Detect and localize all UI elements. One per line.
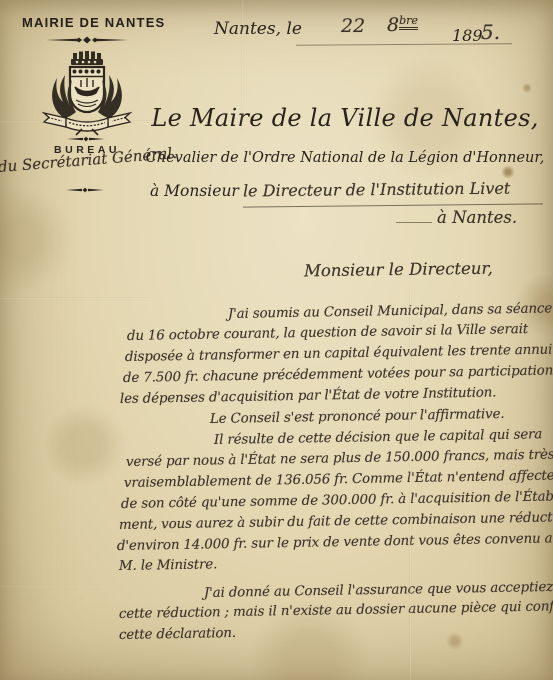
- swelled-rule-ornament: [46, 36, 128, 44]
- body-line: disposée à transformer en un capital équ…: [125, 342, 553, 365]
- body-line: d'environ 14.000 fr. sur le prix de vent…: [117, 531, 553, 554]
- recipient-underline: [243, 203, 543, 207]
- date-day-handwritten: 22: [341, 15, 365, 37]
- recipient-city: à Nantes.: [437, 208, 517, 227]
- letterhead-title: MAIRIE DE NANTES: [22, 15, 154, 30]
- horizontal-fold-crease-lower: [0, 585, 120, 588]
- date-month-digit: 8: [387, 14, 399, 36]
- coat-of-arms-icon: [36, 50, 138, 136]
- date-month-suffix: bre: [399, 14, 418, 30]
- date-place-printed: Nantes, le: [214, 19, 302, 39]
- body-line: J'ai donné au Conseil l'assurance que vo…: [204, 580, 553, 601]
- body-line: vraisemblablement de 136.056 fr. Comme l…: [124, 468, 553, 491]
- body-line: de son côté qu'une somme de 300.000 fr. …: [121, 489, 553, 512]
- sender-subtitle: Chevalier de l'Ordre National de la Légi…: [145, 150, 545, 166]
- small-rule-ornament-top: [67, 136, 105, 142]
- body-line: J'ai soumis au Conseil Municipal, dans s…: [228, 301, 552, 322]
- date-month-handwritten: 8bre: [387, 14, 418, 36]
- body-line: M. le Ministre.: [119, 557, 217, 574]
- salutation: Monsieur le Directeur,: [304, 259, 493, 281]
- small-rule-ornament-bottom: [66, 187, 104, 193]
- scanned-letter-page: MAIRIE DE NANTES: [0, 0, 553, 680]
- body-line: du 16 octobre courant, la question de sa…: [127, 322, 528, 344]
- body-line: cette réduction ; mais il n'existe au do…: [119, 599, 553, 622]
- sender-title: Le Maire de la Ville de Nantes,: [145, 104, 545, 132]
- body-line: les dépenses d'acquisition par l'État de…: [120, 385, 497, 407]
- recipient-city-lead-line: [396, 222, 432, 223]
- date-year-written: 5.: [481, 20, 500, 44]
- date-year-printed: 189: [452, 26, 483, 45]
- horizontal-fold-crease: [0, 297, 150, 300]
- recipient-printed-label: à Monsieur: [150, 182, 239, 200]
- body-line: cette déclaration.: [119, 626, 236, 643]
- body-line: de 7.500 fr. chacune précédemment votées…: [123, 363, 553, 386]
- body-line: versé par nous à l'État ne sera plus de …: [126, 448, 553, 470]
- body-line: ment, vous aurez à subir du fait de cett…: [119, 510, 553, 533]
- recipient-handwritten: le Directeur de l'Institution Livet: [243, 179, 510, 201]
- body-line: Le Conseil s'est prononcé pour l'affirma…: [210, 407, 505, 427]
- body-line: Il résulte de cette décision que le capi…: [214, 427, 542, 448]
